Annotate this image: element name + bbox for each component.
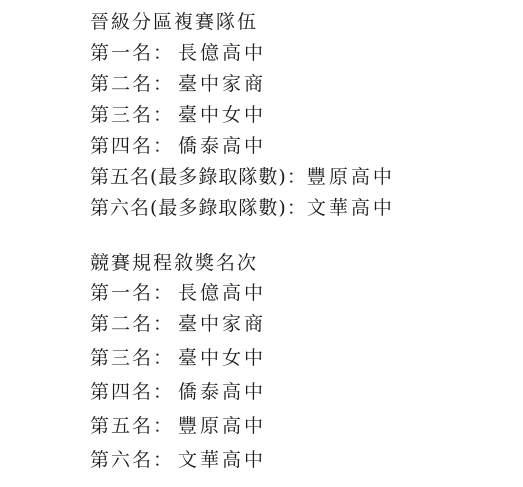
rank-label: 第二名： [90,313,174,335]
rank-label: 第五名： [90,415,174,437]
rank-label: 第五名(最多錄取隊數)： [90,166,307,188]
school-name: 臺中家商 [178,313,266,335]
rank-label: 第六名(最多錄取隊數)： [90,197,307,219]
rank-label: 第一名： [90,282,174,304]
school-name: 長億高中 [178,42,266,64]
school-name: 文華高中 [307,197,395,219]
section1-list-item: 第二名：臺中家商 [90,73,266,95]
school-name: 長億高中 [178,282,266,304]
section1-list-item: 第四名：僑泰高中 [90,135,266,157]
section2-list-item: 第四名：僑泰高中 [90,381,266,403]
section1-list-item: 第六名(最多錄取隊數)：文華高中 [90,197,395,219]
rank-label: 第一名： [90,42,174,64]
school-name: 僑泰高中 [178,135,266,157]
section1-list-item: 第五名(最多錄取隊數)：豐原高中 [90,166,395,188]
section2-list-item: 第二名：臺中家商 [90,313,266,335]
school-name: 僑泰高中 [178,381,266,403]
school-name: 文華高中 [178,449,266,471]
school-name: 豐原高中 [307,166,395,188]
section1-title: 晉級分區複賽隊伍 [90,11,258,33]
section2-title: 競賽規程敘獎名次 [90,252,258,274]
section1-list-item: 第三名：臺中女中 [90,104,266,126]
section2-list-item: 第一名：長億高中 [90,282,266,304]
rank-label: 第六名： [90,449,174,471]
rank-label: 第三名： [90,347,174,369]
school-name: 臺中女中 [178,104,266,126]
school-name: 臺中家商 [178,73,266,95]
school-name: 豐原高中 [178,415,266,437]
rank-label: 第四名： [90,381,174,403]
section2-list-item: 第五名：豐原高中 [90,415,266,437]
section1-list-item: 第一名：長億高中 [90,42,266,64]
school-name: 臺中女中 [178,347,266,369]
rank-label: 第二名： [90,73,174,95]
section2-list-item: 第六名：文華高中 [90,449,266,471]
rank-label: 第四名： [90,135,174,157]
rank-label: 第三名： [90,104,174,126]
section2-list-item: 第三名：臺中女中 [90,347,266,369]
